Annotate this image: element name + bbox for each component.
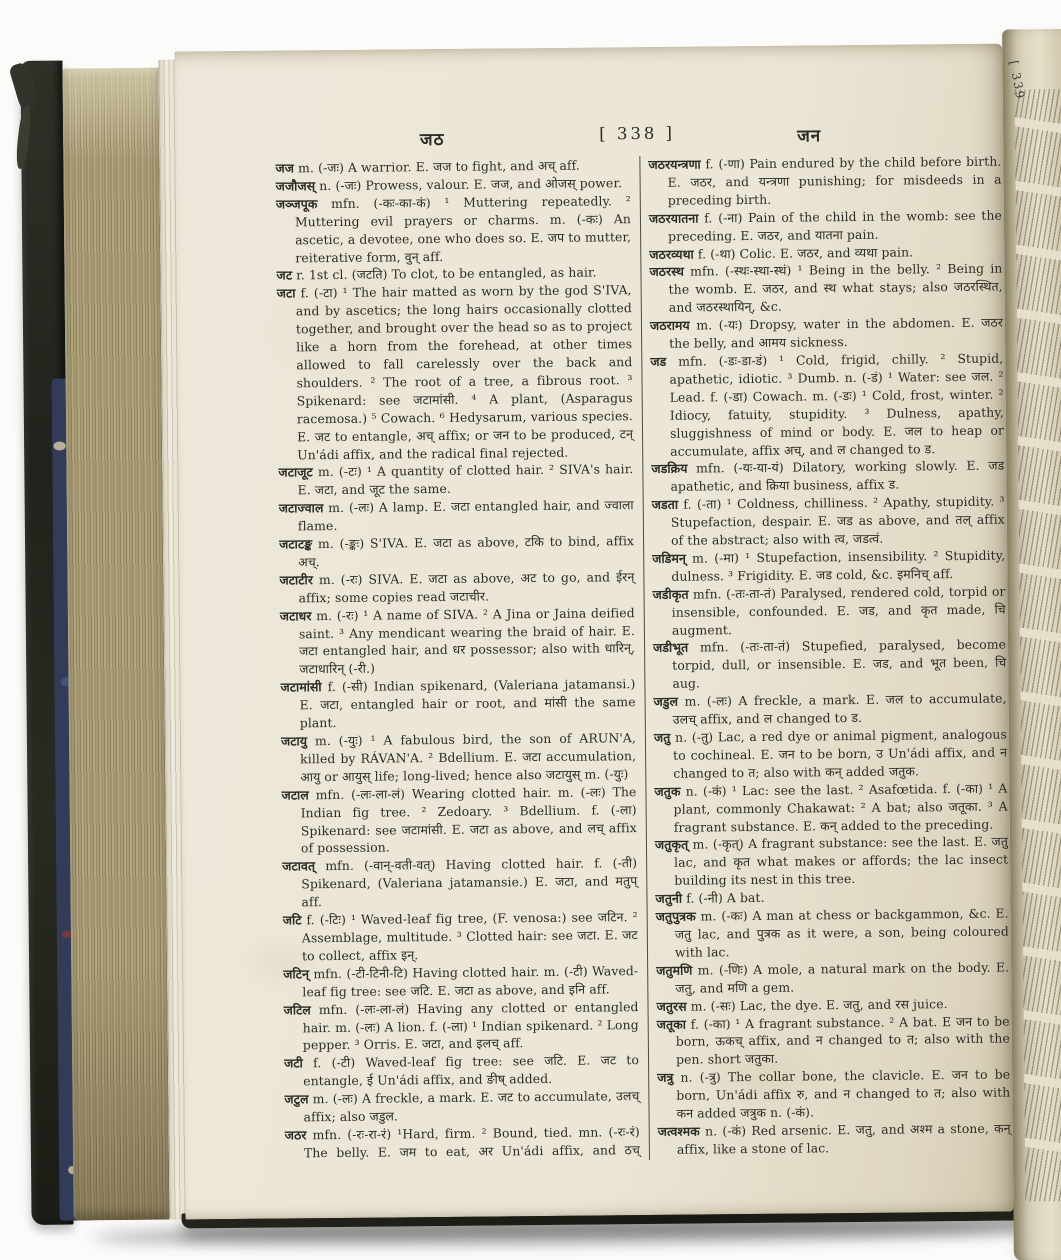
column-right: जठरयन्त्रणा f. (-णा) Pain endured by the… bbox=[639, 153, 1011, 1160]
dictionary-entry: जठरस्थ mfn. (-स्थः-स्था-स्थं) ¹ Being in… bbox=[649, 260, 1002, 317]
entry-definition: f. (-ता) ¹ Coldness, chilliness. ² Apath… bbox=[671, 494, 1005, 548]
dictionary-entry: जटाज्वाल m. (-लः) A lamp. E. जटा entangl… bbox=[279, 496, 634, 535]
entry-headword: जतुपुत्रक bbox=[656, 909, 696, 924]
entry-definition: f. (-टी) Waved-leaf fig tree: see जटि. E… bbox=[303, 1052, 639, 1088]
entry-definition: f. (-था) Colic. E. जठर, and व्यथा pain. bbox=[698, 244, 913, 261]
entry-definition: m. (-रः) ¹ A name of SIVA. ² A Jina or J… bbox=[299, 605, 635, 677]
dictionary-entry: जटा f. (-टा) ¹ The hair matted as worn b… bbox=[277, 281, 634, 463]
facing-page-number: [ 339 bbox=[1007, 59, 1028, 101]
entry-headword: जठरामय bbox=[650, 318, 690, 333]
dictionary-entry: जठरयन्त्रणा f. (-णा) Pain endured by the… bbox=[648, 153, 1001, 210]
entry-definition: mfn. (-यः-या-यं) Dilatory, working slowl… bbox=[670, 458, 1004, 494]
entry-definition: f. (-टा) ¹ The hair matted as worn by th… bbox=[296, 282, 633, 461]
entry-headword: जज bbox=[275, 160, 294, 175]
dictionary-entry: जटामांसी f. (-सी) Indian spikenard, (Val… bbox=[280, 675, 635, 732]
dictionary-entry: जटाटङ्क m. (-ङ्कः) S'IVA. E. जटा as abov… bbox=[279, 532, 634, 571]
entry-definition: mfn. (-टी-टिनी-टि) Having clotted hair. … bbox=[302, 963, 638, 999]
entry-headword: जड bbox=[650, 354, 666, 369]
running-head-left-keyword: जठ bbox=[397, 127, 467, 151]
entry-headword: जडुल bbox=[654, 694, 679, 709]
dictionary-entry: जतूका f. (-का) ¹ A fragrant substance. ²… bbox=[657, 1012, 1010, 1069]
dictionary-entry: जडता f. (-ता) ¹ Coldness, chilliness. ² … bbox=[652, 493, 1005, 550]
entry-headword: जन bbox=[658, 1160, 674, 1164]
entry-headword: जठर bbox=[285, 1127, 307, 1142]
entry-headword: जडीकृत bbox=[652, 586, 688, 601]
entry-definition: mfn. (-स्थः-स्था-स्थं) ¹ Being in the be… bbox=[669, 261, 1003, 315]
entry-definition: f. (-सी) Indian spikenard, (Valeriana ja… bbox=[300, 676, 636, 730]
text-columns: जज m. (-जः) A warrior. E. जज to fight, a… bbox=[275, 153, 1012, 1164]
entry-definition: m. (-ङ्कः) S'IVA. E. जटा as above, टकि t… bbox=[298, 533, 634, 569]
entry-headword: जटाज्वाल bbox=[279, 500, 324, 515]
entry-headword: जटाटङ्क bbox=[279, 536, 312, 551]
entry-definition: m. (-लः) A freckle, a mark. E. जल to acc… bbox=[673, 691, 1007, 727]
entry-headword: जठरस्थ bbox=[649, 264, 684, 279]
entry-headword: जतुरस bbox=[656, 998, 686, 1013]
entry-headword: जटावत् bbox=[282, 859, 315, 874]
entry-headword: जटुल bbox=[284, 1091, 308, 1106]
entry-definition: n. (-जः) Prowess, valour. E. जज, and ओजस… bbox=[319, 175, 622, 193]
dictionary-entry: जठर mfn. (-रः-रा-रं) ¹Hard, firm. ² Boun… bbox=[285, 1123, 640, 1163]
foreshortened-text-lines bbox=[1015, 89, 1061, 1202]
worn-cloth-fray bbox=[15, 105, 33, 170]
dictionary-page: जठ [ 338 ] जन जज m. (-जः) A warrior. E. … bbox=[174, 44, 1013, 1220]
entry-definition: m. (-णिः) A mole, a natural mark on the … bbox=[675, 959, 1009, 995]
dictionary-entry: जतुपुत्रक m. (-कः) A man at chess or bac… bbox=[656, 905, 1009, 962]
entry-headword: जठरयातना bbox=[649, 210, 699, 225]
entry-definition: mfn. (-रः-रा-रं) ¹Hard, firm. ² Bound, t… bbox=[304, 1124, 640, 1163]
entry-definition: n. (-त्रु) The collar bone, the clavicle… bbox=[676, 1067, 1010, 1121]
entry-definition: m. (-यः) Dropsy, water in the abdomen. E… bbox=[669, 315, 1003, 351]
entry-headword: जठरयन्त्रणा bbox=[648, 156, 701, 172]
page-number: [ 338 ] bbox=[552, 123, 722, 144]
entry-definition: mfn. (-डः-डा-डं) ¹ Cold, frigid, chilly.… bbox=[669, 351, 1004, 459]
running-head-right-keyword: जन bbox=[774, 123, 844, 147]
dictionary-entry: जडीकृत mfn. (-तः-ता-तं) Paralysed, rende… bbox=[652, 582, 1005, 639]
entry-headword: जटाजूट bbox=[278, 465, 313, 480]
entry-headword: जटिल bbox=[283, 1002, 311, 1017]
entry-headword: जतु bbox=[654, 730, 671, 745]
dictionary-entry: जत्रु n. (-त्रु) The collar bone, the cl… bbox=[657, 1066, 1010, 1123]
dictionary-entry: जटाधर m. (-रः) ¹ A name of SIVA. ² A Jin… bbox=[280, 604, 636, 679]
dictionary-entry: जटाल mfn. (-लः-ला-लं) Wearing clotted ha… bbox=[281, 783, 637, 858]
dictionary-entry: जडुल m. (-लः) A freckle, a mark. E. जल t… bbox=[654, 690, 1007, 729]
entry-definition: f. (-का) ¹ A fragrant substance. ² A bat… bbox=[676, 1013, 1010, 1067]
entry-headword: जतुमणि bbox=[656, 962, 692, 977]
page-block-fore-edge bbox=[62, 68, 169, 1221]
entry-definition: f. (-ना) Pain of the child in the womb: … bbox=[668, 207, 1002, 243]
dictionary-entry: जडक्रिय mfn. (-यः-या-यं) Dilatory, worki… bbox=[651, 457, 1004, 496]
entry-headword: जटाधर bbox=[280, 608, 312, 623]
dictionary-entry: जटिल mfn. (-लः-ला-लं) Having any clotted… bbox=[283, 998, 638, 1055]
entry-definition: n. (-कं) Red arsenic. E. जतु, and अश्म a… bbox=[677, 1120, 1011, 1156]
entry-headword: जडक्रिय bbox=[651, 461, 687, 476]
entry-headword: जटाटीर bbox=[279, 572, 313, 587]
dictionary-entry: जडीभूत mfn. (-तः-ता-तं) Stupefied, paral… bbox=[653, 636, 1006, 693]
entry-definition: mfn. (-लः-ला-लं) Having any clotted or e… bbox=[303, 999, 639, 1053]
entry-definition: mfn. (-तः-ता-तं) Paralysed, rendered col… bbox=[672, 583, 1006, 637]
dictionary-entry: जत्वश्मक n. (-कं) Red arsenic. E. जतु, a… bbox=[658, 1119, 1011, 1158]
entry-headword: जठरव्यथा bbox=[649, 246, 694, 261]
entry-definition: mfn. (-वान्-वती-वत्) Having clotted hair… bbox=[301, 855, 637, 909]
dictionary-entry: जञ्जपूक mfn. (-कः-का-कं) ¹ Muttering rep… bbox=[276, 192, 632, 267]
dictionary-entry: जटाटीर m. (-रः) SIVA. E. जटा as above, अ… bbox=[279, 568, 634, 607]
dictionary-entry: जटि f. (-टिः) ¹ Waved-leaf fig tree, (F.… bbox=[283, 908, 638, 965]
entry-headword: जटि bbox=[283, 912, 302, 927]
entry-headword: जडीभूत bbox=[653, 640, 688, 655]
entry-definition: f. (-टिः) ¹ Waved-leaf fig tree, (F. ven… bbox=[302, 909, 638, 963]
dictionary-entry: जतुकृत् m. (-कृत्) A fragrant substance:… bbox=[655, 833, 1008, 890]
photo-background: जठ [ 338 ] जन जज m. (-जः) A warrior. E. … bbox=[0, 0, 1061, 1260]
entry-headword: जटाल bbox=[281, 787, 309, 802]
entry-headword: जजौजस् bbox=[276, 178, 316, 193]
entry-definition: m. (-लः) A freckle, a mark. E. जट to acc… bbox=[303, 1088, 639, 1124]
column-left: जज m. (-जः) A warrior. E. जज to fight, a… bbox=[275, 156, 640, 1163]
entry-headword: जतूका bbox=[657, 1016, 686, 1031]
entry-definition: r. 1st cl. (जटति) To clot, to be entangl… bbox=[296, 265, 597, 283]
entry-definition: n. (-तु) Lac, a red dye or animal pigmen… bbox=[673, 727, 1007, 781]
entry-definition: m. (-रः) SIVA. E. जटा as above, अट to go… bbox=[299, 569, 635, 605]
entry-definition: m. (-टः) ¹ A quantity of clotted hair. ²… bbox=[297, 462, 633, 498]
entry-definition: mfn. (-तः-ता-तं) Stupefied, paralysed, b… bbox=[672, 637, 1006, 691]
dictionary-entry: जटिन् mfn. (-टी-टिनी-टि) Having clotted … bbox=[283, 962, 638, 1001]
dictionary-entry: जटायु m. (-युः) ¹ A fabulous bird, the s… bbox=[281, 729, 636, 786]
entry-definition: n. (-कं) ¹ Lac: see the last. ² Asafœtid… bbox=[674, 780, 1008, 834]
entry-definition: f. (-नी) A bat. bbox=[686, 890, 765, 906]
dictionary-entry: जतुक n. (-कं) ¹ Lac: see the last. ² Asa… bbox=[654, 779, 1007, 836]
entry-definition: m. (-लः) A lamp. E. जटा entangled hair, … bbox=[298, 497, 634, 533]
entry-definition: m. (-कः) A man at chess or backgammon, &… bbox=[675, 906, 1009, 960]
entry-headword: जटिन् bbox=[283, 966, 309, 981]
entry-definition: r. 3rd cl. but peculiar to the Védas (जज… bbox=[677, 1156, 1011, 1163]
dictionary-entry: जठरयातना f. (-ना) Pain of the child in t… bbox=[649, 206, 1002, 245]
entry-headword: जतुक bbox=[654, 783, 680, 798]
dictionary-entry: जतुमणि m. (-णिः) A mole, a natural mark … bbox=[656, 958, 1009, 997]
dictionary-entry: जडिमन् m. (-मा) ¹ Stupefaction, insensib… bbox=[652, 547, 1005, 586]
entry-definition: m. (-मा) ¹ Stupefaction, insensibility. … bbox=[671, 548, 1005, 584]
entry-definition: mfn. (-कः-का-कं) ¹ Muttering repeatedly.… bbox=[295, 193, 631, 265]
entry-headword: जतुनी bbox=[655, 891, 682, 906]
open-book: जठ [ 338 ] जन जज m. (-जः) A warrior. E. … bbox=[20, 39, 1061, 1241]
entry-headword: जत्वश्मक bbox=[658, 1123, 700, 1138]
entry-headword: जडिमन् bbox=[652, 551, 686, 566]
dictionary-entry: जटावत् mfn. (-वान्-वती-वत्) Having clott… bbox=[282, 854, 637, 911]
entry-definition: m. (-जः) A warrior. E. जज to fight, and … bbox=[298, 158, 580, 176]
entry-definition: m. (-सः) Lac, the dye. E. जतु, and रस ju… bbox=[691, 996, 948, 1013]
entry-headword: जडता bbox=[652, 497, 679, 512]
entry-headword: जटामांसी bbox=[280, 679, 321, 694]
entry-definition: m. (-कृत्) A fragrant substance: see the… bbox=[674, 834, 1008, 888]
entry-headword: जटी bbox=[284, 1056, 303, 1071]
entry-definition: m. (-युः) ¹ A fabulous bird, the son of … bbox=[300, 730, 636, 784]
entry-headword: जञ्जपूक bbox=[276, 196, 318, 211]
entry-headword: जटायु bbox=[281, 733, 307, 748]
dictionary-entry: जठरामय m. (-यः) Dropsy, water in the abd… bbox=[650, 314, 1003, 353]
entry-headword: जटा bbox=[277, 286, 296, 301]
entry-definition: f. (-णा) Pain endured by the child befor… bbox=[668, 154, 1002, 208]
dictionary-entry: जटुल m. (-लः) A freckle, a mark. E. जट t… bbox=[284, 1087, 639, 1126]
dictionary-entry: जटाजूट m. (-टः) ¹ A quantity of clotted … bbox=[278, 461, 633, 500]
entry-definition: mfn. (-लः-ला-लं) Wearing clotted hair. m… bbox=[301, 784, 637, 856]
dictionary-entry: जतु n. (-तु) Lac, a red dye or animal pi… bbox=[654, 726, 1007, 783]
dictionary-entry: जड mfn. (-डः-डा-डं) ¹ Cold, frigid, chil… bbox=[650, 350, 1004, 461]
entry-headword: जट bbox=[276, 268, 292, 283]
dictionary-entry: जटी f. (-टी) Waved-leaf fig tree: see जट… bbox=[284, 1051, 639, 1090]
entry-headword: जत्रु bbox=[657, 1070, 673, 1085]
entry-headword: जतुकृत् bbox=[655, 837, 688, 852]
